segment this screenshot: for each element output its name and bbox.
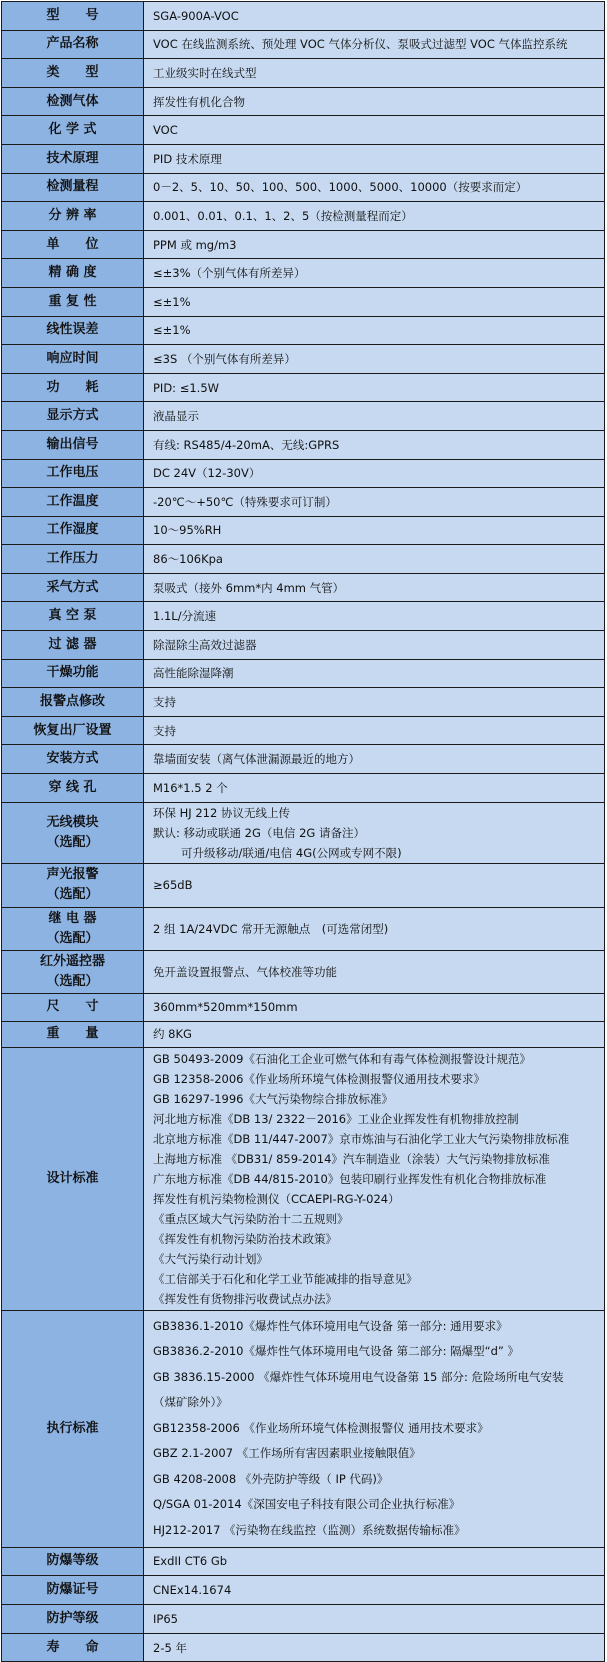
spec-value: 2-5 年: [144, 1633, 605, 1637]
spec-row-remote: 红外遥控器 （选配） 免开盖设置报警点、气体校准等功能: [2, 950, 605, 993]
standard-line: GB3836.2-2010《爆炸性气体环境用电气设备 第二部分: 隔爆型“d” …: [153, 1339, 604, 1365]
spec-label: 型 号: [2, 2, 144, 31]
spec-label: 工作温度: [2, 488, 144, 517]
value-line: 可升级移动/联通/电信 4G(公网或专网不限): [153, 843, 604, 863]
spec-row: 产品名称 VOC 在线监测系统、预处理 VOC 气体分析仪、泵吸式过滤型 VOC…: [2, 30, 605, 59]
spec-label: 寿 命: [2, 1633, 144, 1637]
spec-label: 线性误差: [2, 316, 144, 345]
spec-row: 显示方式 液晶显示: [2, 402, 605, 431]
spec-label: 红外遥控器 （选配）: [2, 950, 144, 993]
spec-label: 功 耗: [2, 373, 144, 402]
spec-label: 穿 线 孔: [2, 774, 144, 803]
spec-label: 工作电压: [2, 459, 144, 488]
spec-row: 重 复 性 ≤±1%: [2, 287, 605, 316]
spec-row: 类 型 工业级实时在线式型: [2, 59, 605, 88]
spec-value: VOC: [144, 116, 605, 145]
standard-line: GB3836.1-2010《爆炸性气体环境用电气设备 第一部分: 通用要求》: [153, 1314, 604, 1340]
standard-line: 《大气污染行动计划》: [153, 1249, 604, 1269]
spec-row: 工作温度 -20℃～+50℃（特殊要求可订制）: [2, 488, 605, 517]
spec-label: 精 确 度: [2, 259, 144, 288]
spec-label: 执行标准: [2, 1310, 144, 1547]
standard-line: （煤矿除外）》: [153, 1390, 604, 1416]
spec-value: 支持: [144, 688, 605, 717]
standard-line: 《工信部关于石化和化学工业节能减排的指导意见》: [153, 1269, 604, 1289]
spec-value: VOC 在线监测系统、预处理 VOC 气体分析仪、泵吸式过滤型 VOC 气体监控…: [144, 30, 605, 59]
spec-label: 重 量: [2, 1021, 144, 1047]
spec-row: 功 耗 PID: ≤1.5W: [2, 373, 605, 402]
spec-label: 响应时间: [2, 345, 144, 374]
spec-value: 高性能除湿降潮: [144, 659, 605, 688]
spec-value: ≥65dB: [144, 863, 605, 907]
spec-value: 0－2、5、10、50、100、500、1000、5000、10000（按要求而…: [144, 173, 605, 202]
spec-value: DC 24V（12-30V）: [144, 459, 605, 488]
spec-label: 检测量程: [2, 173, 144, 202]
standard-line: 河北地方标准《DB 13/ 2322－2016》工业企业挥发性有机物排放控制: [153, 1109, 604, 1129]
spec-label: 重 复 性: [2, 287, 144, 316]
spec-label: 采气方式: [2, 573, 144, 602]
spec-value: GB3836.1-2010《爆炸性气体环境用电气设备 第一部分: 通用要求》GB…: [144, 1310, 605, 1547]
spec-value: ≤±1%: [144, 316, 605, 345]
spec-row-size: 尺 寸 360mm*520mm*150mm: [2, 993, 605, 1021]
spec-label: 过 滤 器: [2, 631, 144, 660]
spec-row: 穿 线 孔 M16*1.5 2 个: [2, 774, 605, 803]
spec-row: 工作湿度 10～95%RH: [2, 516, 605, 545]
label-line: （选配）: [2, 885, 143, 905]
spec-label: 产品名称: [2, 30, 144, 59]
standard-line: 北京地方标准《DB 11/447-2007》京市炼油与石油化学工业大气污染物排放…: [153, 1129, 604, 1149]
spec-label: 工作压力: [2, 545, 144, 574]
spec-value: -20℃～+50℃（特殊要求可订制）: [144, 488, 605, 517]
spec-label: 化 学 式: [2, 116, 144, 145]
spec-row: 线性误差 ≤±1%: [2, 316, 605, 345]
spec-row: 采气方式 泵吸式（接外 6mm*内 4mm 气管）: [2, 573, 605, 602]
spec-value: 环保 HJ 212 协议无线上传默认: 移动或联通 2G（电信 2G 请备注）可…: [144, 802, 605, 863]
spec-value: M16*1.5 2 个: [144, 774, 605, 803]
spec-row: 恢复出厂设置 支持: [2, 716, 605, 745]
label-line: （选配）: [2, 972, 143, 992]
standard-line: GB12358-2006 《作业场所环境气体检测报警仪 通用技术要求》: [153, 1416, 604, 1442]
spec-value: 免开盖设置报警点、气体校准等功能: [144, 950, 605, 993]
spec-label: 无线模块（选配）: [2, 802, 144, 863]
spec-value: CNEx14.1674: [144, 1576, 605, 1605]
spec-label: 设计标准: [2, 1047, 144, 1310]
spec-value: 约 8KG: [144, 1021, 605, 1047]
spec-row: 报警点修改 支持: [2, 688, 605, 717]
label-line: 红外遥控器: [2, 952, 143, 972]
spec-row: 技术原理 PID 技术原理: [2, 144, 605, 173]
spec-row: 防爆等级 ExdII CT6 Gb: [2, 1547, 605, 1576]
standard-line: Q/SGA 01-2014《深国安电子科技有限公司企业执行标准》: [153, 1492, 604, 1518]
spec-label: 显示方式: [2, 402, 144, 431]
spec-row: 安装方式 靠墙面安装（离气体泄漏源最近的地方）: [2, 745, 605, 774]
spec-value: SGA-900A-VOC: [144, 2, 605, 31]
spec-label: 检测气体: [2, 87, 144, 116]
spec-label: 恢复出厂设置: [2, 716, 144, 745]
spec-value: PID: ≤1.5W: [144, 373, 605, 402]
spec-value: 1.1L/分流速: [144, 602, 605, 631]
spec-value: 支持: [144, 716, 605, 745]
spec-label: 报警点修改: [2, 688, 144, 717]
label-line: 继 电 器: [2, 909, 143, 929]
spec-label: 尺 寸: [2, 993, 144, 1021]
spec-row: 过 滤 器 除湿除尘高效过滤器: [2, 631, 605, 660]
spec-row: 化 学 式 VOC: [2, 116, 605, 145]
standard-line: 广东地方标准《DB 44/815-2010》包装印刷行业挥发性有机化合物排放标准: [153, 1169, 604, 1189]
spec-row: 检测气体 挥发性有机化合物: [2, 87, 605, 116]
spec-value: ≤3S （个别气体有所差异）: [144, 345, 605, 374]
standard-line: GB 16297-1996《大气污染物综合排放标准》: [153, 1089, 604, 1109]
spec-row: 输出信号 有线: RS485/4-20mA、无线:GPRS: [2, 430, 605, 459]
label-line: 声光报警: [2, 865, 143, 885]
spec-value: 10～95%RH: [144, 516, 605, 545]
spec-label: 干燥功能: [2, 659, 144, 688]
spec-value: 86～106Kpa: [144, 545, 605, 574]
standard-line: 挥发性有机污染物检测仪（CCAEPI-RG-Y-024）: [153, 1189, 604, 1209]
spec-label: 工作湿度: [2, 516, 144, 545]
spec-row: 分 辨 率 0.001、0.01、0.1、1、2、5（按检测量程而定）: [2, 202, 605, 231]
standard-line: HJ212-2017 《污染物在线监控（监测）系统数据传输标准》: [153, 1518, 604, 1544]
spec-row: 精 确 度 ≤±3%（个别气体有所差异）: [2, 259, 605, 288]
label-line: （选配）: [2, 929, 143, 949]
spec-label: 真 空 泵: [2, 602, 144, 631]
spec-value: 靠墙面安装（离气体泄漏源最近的地方）: [144, 745, 605, 774]
spec-row: 防爆证号 CNEx14.1674: [2, 1576, 605, 1605]
spec-value: 有线: RS485/4-20mA、无线:GPRS: [144, 430, 605, 459]
spec-row: 型 号 SGA-900A-VOC: [2, 2, 605, 31]
standard-line: GBZ 2.1-2007 《工作场所有害因素职业接触限值》: [153, 1441, 604, 1467]
spec-value: 除湿除尘高效过滤器: [144, 631, 605, 660]
spec-value: 工业级实时在线式型: [144, 59, 605, 88]
spec-row-exec-standards: 执行标准 GB3836.1-2010《爆炸性气体环境用电气设备 第一部分: 通用…: [2, 1310, 605, 1547]
spec-value: PID 技术原理: [144, 144, 605, 173]
spec-row-wireless: 无线模块（选配） 环保 HJ 212 协议无线上传默认: 移动或联通 2G（电信…: [2, 802, 605, 863]
standard-line: 上海地方标准 《DB31/ 859-2014》汽车制造业（涂装）大气污染物排放标…: [153, 1149, 604, 1169]
spec-label: 声光报警 （选配）: [2, 863, 144, 907]
spec-label: 类 型: [2, 59, 144, 88]
label-line: （选配）: [2, 833, 143, 853]
spec-row: 工作电压 DC 24V（12-30V）: [2, 459, 605, 488]
spec-label: 继 电 器 （选配）: [2, 907, 144, 950]
spec-value: GB 50493-2009《石油化工企业可燃气体和有毒气体检测报警设计规范》GB…: [144, 1047, 605, 1310]
spec-row: 响应时间 ≤3S （个别气体有所差异）: [2, 345, 605, 374]
spec-row: 防护等级 IP65: [2, 1605, 605, 1634]
spec-value: PPM 或 mg/m3: [144, 230, 605, 259]
spec-value: ≤±1%: [144, 287, 605, 316]
spec-value: 360mm*520mm*150mm: [144, 993, 605, 1021]
spec-value: 挥发性有机化合物: [144, 87, 605, 116]
standard-line: GB 12358-2006《作业场所环境气体检测报警仪通用技术要求》: [153, 1069, 604, 1089]
spec-value: 液晶显示: [144, 402, 605, 431]
standard-line: GB 50493-2009《石油化工企业可燃气体和有毒气体检测报警设计规范》: [153, 1049, 604, 1069]
spec-value: IP65: [144, 1605, 605, 1634]
spec-row-alarm: 声光报警 （选配） ≥65dB: [2, 863, 605, 907]
spec-row: 检测量程 0－2、5、10、50、100、500、1000、5000、10000…: [2, 173, 605, 202]
spec-value: 2 组 1A/24VDC 常开无源触点 (可选常闭型): [144, 907, 605, 950]
standard-line: 《挥发性有机物污染防治技术政策》: [153, 1229, 604, 1249]
spec-row: 工作压力 86～106Kpa: [2, 545, 605, 574]
spec-row: 干燥功能 高性能除湿降潮: [2, 659, 605, 688]
standard-line: 《重点区域大气污染防治十二五规则》: [153, 1209, 604, 1229]
standard-line: 《挥发性有货物排污收费试点办法》: [153, 1289, 604, 1309]
spec-row-design-standards: 设计标准 GB 50493-2009《石油化工企业可燃气体和有毒气体检测报警设计…: [2, 1047, 605, 1310]
spec-row-weight: 重 量 约 8KG: [2, 1021, 605, 1047]
spec-row: 真 空 泵 1.1L/分流速: [2, 602, 605, 631]
spec-label: 输出信号: [2, 430, 144, 459]
value-line: 默认: 移动或联通 2G（电信 2G 请备注）: [153, 823, 604, 843]
spec-label: 安装方式: [2, 745, 144, 774]
spec-label: 防爆证号: [2, 1576, 144, 1605]
spec-label: 分 辨 率: [2, 202, 144, 231]
standard-line: GB 4208-2008 《外壳防护等级（ IP 代码)》: [153, 1467, 604, 1493]
spec-label: 防护等级: [2, 1605, 144, 1634]
value-line: 环保 HJ 212 协议无线上传: [153, 803, 604, 823]
label-line: 无线模块: [2, 813, 143, 833]
spec-row: 寿 命 2-5 年: [2, 1633, 605, 1637]
spec-label: 防爆等级: [2, 1547, 144, 1576]
spec-row: 单 位 PPM 或 mg/m3: [2, 230, 605, 259]
spec-row-relay: 继 电 器 （选配） 2 组 1A/24VDC 常开无源触点 (可选常闭型): [2, 907, 605, 950]
spec-label: 技术原理: [2, 144, 144, 173]
spec-value: 泵吸式（接外 6mm*内 4mm 气管）: [144, 573, 605, 602]
spec-value: ExdII CT6 Gb: [144, 1547, 605, 1576]
spec-value: ≤±3%（个别气体有所差异）: [144, 259, 605, 288]
standard-line: GB 3836.15-2000 《爆炸性气体环境用电气设备第 15 部分: 危险…: [153, 1365, 604, 1391]
spec-label: 单 位: [2, 230, 144, 259]
spec-table: 型 号 SGA-900A-VOC 产品名称 VOC 在线监测系统、预处理 VOC…: [1, 1, 605, 1637]
spec-value: 0.001、0.01、0.1、1、2、5（按检测量程而定）: [144, 202, 605, 231]
